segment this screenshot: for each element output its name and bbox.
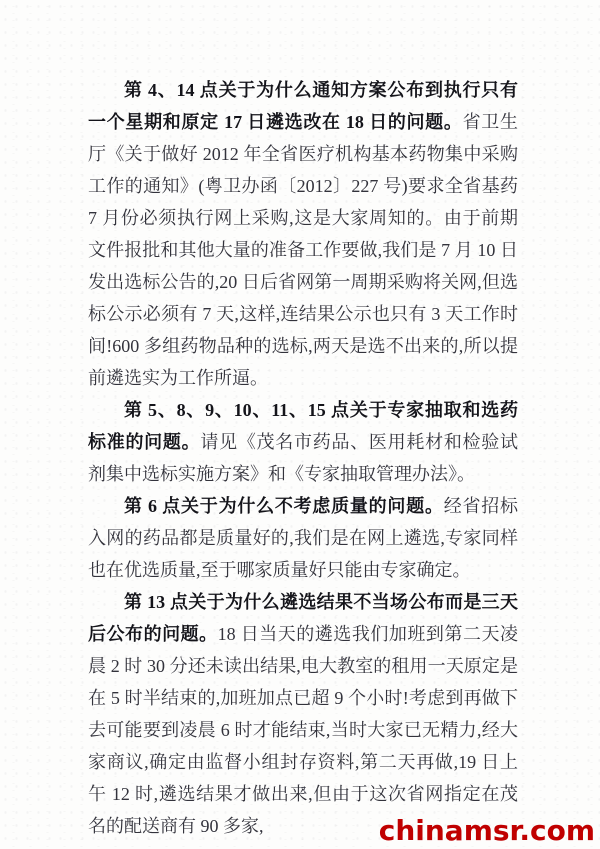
paragraph: 第 6 点关于为什么不考虑质量的问题。经省招标入网的药品都是质量好的,我们是在网… — [88, 490, 518, 586]
paragraph-lead: 第 4、14 点关于为什么通知方案公布到执行只有一个星期和原定 17 日遴选改在… — [88, 80, 518, 132]
paragraph-text: 省卫生厅《关于做好 2012 年全省医疗机构基本药物集中采购工作的通知》(粤卫办… — [88, 112, 518, 388]
paragraph-lead: 第 6 点关于为什么不考虑质量的问题。 — [124, 496, 444, 516]
paragraph: 第 5、8、9、10、11、15 点关于专家抽取和选药标准的问题。请见《茂名市药… — [88, 394, 518, 490]
paragraph: 第 4、14 点关于为什么通知方案公布到执行只有一个星期和原定 17 日遴选改在… — [88, 74, 518, 394]
page-number: 3 — [88, 785, 518, 797]
paragraph: 第 13 点关于为什么遴选结果不当场公布而是三天后公布的问题。18 日当天的遴选… — [88, 586, 518, 842]
document-body: 第 4、14 点关于为什么通知方案公布到执行只有一个星期和原定 17 日遴选改在… — [88, 74, 518, 842]
document-page: 第 4、14 点关于为什么通知方案公布到执行只有一个星期和原定 17 日遴选改在… — [0, 0, 600, 849]
watermark: chinamsr.com — [379, 814, 595, 847]
paragraph-text: 18 日当天的遴选我们加班到第二天凌晨 2 时 30 分还未读出结果,电大教室的… — [88, 624, 518, 836]
